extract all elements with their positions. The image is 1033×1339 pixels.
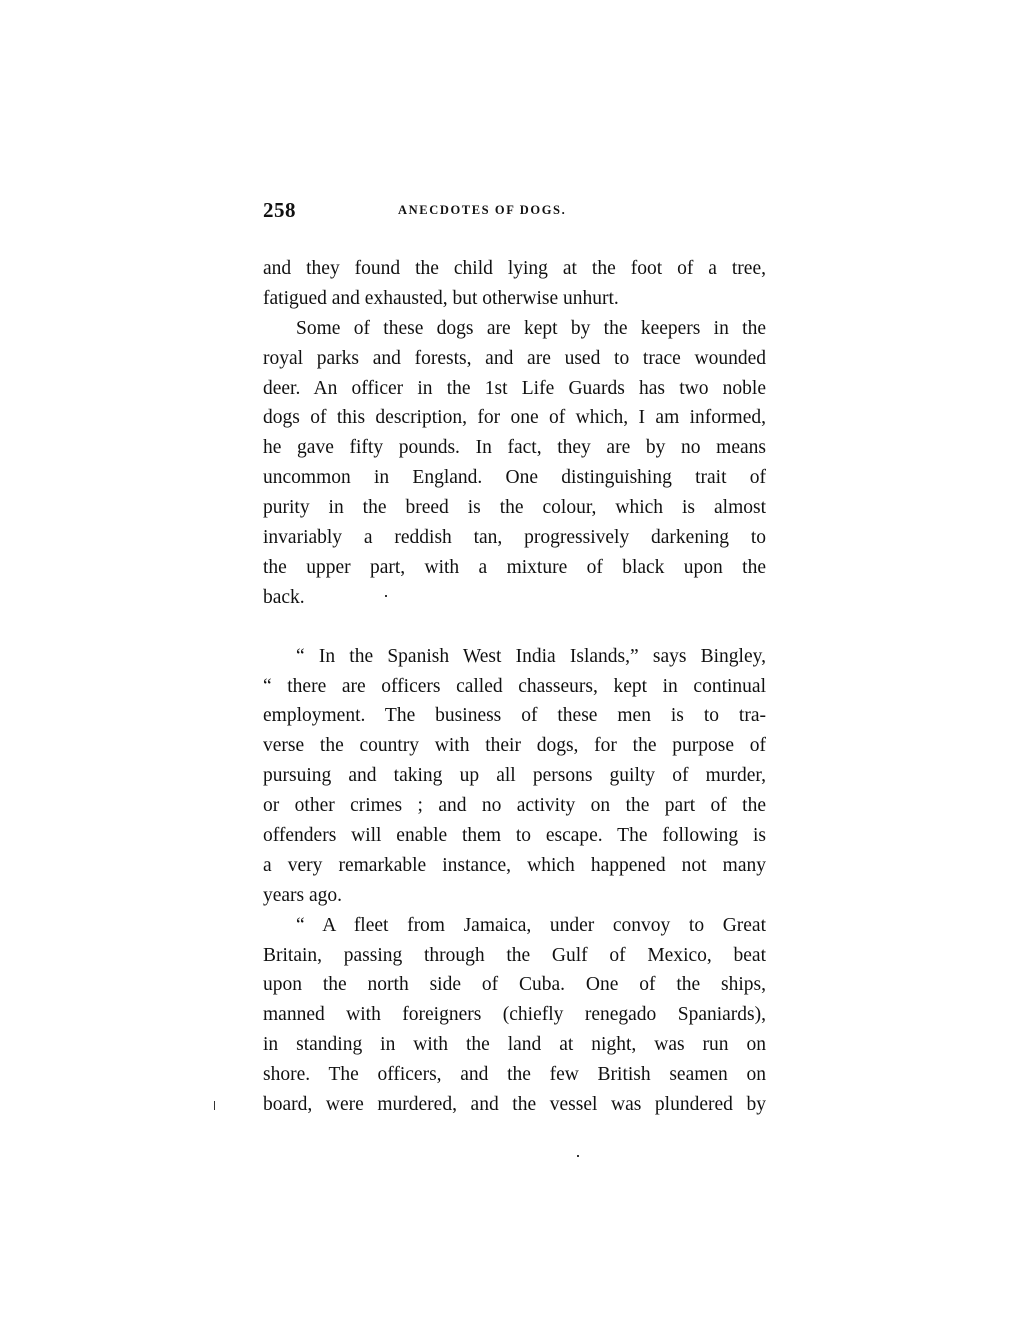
text-line: Some of these dogs are kept by the keepe… <box>263 314 766 344</box>
text-line: royal parks and forests, and are used to… <box>263 344 766 374</box>
scan-artifact <box>577 1155 579 1157</box>
text-line: fatigued and exhausted, but otherwise un… <box>263 284 766 314</box>
text-line: invariably a reddish tan, progressively … <box>263 523 766 553</box>
text-line: employment. The business of these men is… <box>263 701 766 731</box>
scan-artifact <box>214 1101 215 1110</box>
text-line: “ In the Spanish West India Islands,” sa… <box>263 642 766 672</box>
book-page: 258 ANECDOTES OF DOGS. and they found th… <box>263 198 766 1120</box>
paragraph-1: and they found the child lying at the fo… <box>263 254 766 314</box>
text-line: offenders will enable them to escape. Th… <box>263 821 766 851</box>
text-line: in standing in with the land at night, w… <box>263 1030 766 1060</box>
text-line: upon the north side of Cuba. One of the … <box>263 970 766 1000</box>
text-line: shore. The officers, and the few British… <box>263 1060 766 1090</box>
paragraph-2: Some of these dogs are kept by the keepe… <box>263 314 766 613</box>
text-line: “ A fleet from Jamaica, under convoy to … <box>263 911 766 941</box>
text-line: pursuing and taking up all persons guilt… <box>263 761 766 791</box>
text-line: Britain, passing through the Gulf of Mex… <box>263 941 766 971</box>
paragraph-4: “ A fleet from Jamaica, under convoy to … <box>263 911 766 1120</box>
text-line: the upper part, with a mixture of black … <box>263 553 766 583</box>
text-line: deer. An officer in the 1st Life Guards … <box>263 374 766 404</box>
text-line: uncommon in England. One distinguishing … <box>263 463 766 493</box>
running-title: ANECDOTES OF DOGS. <box>398 203 566 218</box>
text-line: back. <box>263 583 766 613</box>
text-line: and they found the child lying at the fo… <box>263 254 766 284</box>
page-number: 258 <box>263 198 296 223</box>
text-line: years ago. <box>263 881 766 911</box>
text-line: a very remarkable instance, which happen… <box>263 851 766 881</box>
running-head: 258 ANECDOTES OF DOGS. <box>263 198 766 228</box>
text-line: or other crimes ; and no activity on the… <box>263 791 766 821</box>
text-line: he gave fifty pounds. In fact, they are … <box>263 433 766 463</box>
text-line: board, were murdered, and the vessel was… <box>263 1090 766 1120</box>
text-line: verse the country with their dogs, for t… <box>263 731 766 761</box>
text-line: manned with foreigners (chiefly renegado… <box>263 1000 766 1030</box>
section-gap <box>263 613 766 642</box>
text-line: “ there are officers called chasseurs, k… <box>263 672 766 702</box>
text-line: dogs of this description, for one of whi… <box>263 403 766 433</box>
paragraph-3: “ In the Spanish West India Islands,” sa… <box>263 642 766 911</box>
scan-artifact <box>385 595 387 597</box>
text-line: purity in the breed is the colour, which… <box>263 493 766 523</box>
